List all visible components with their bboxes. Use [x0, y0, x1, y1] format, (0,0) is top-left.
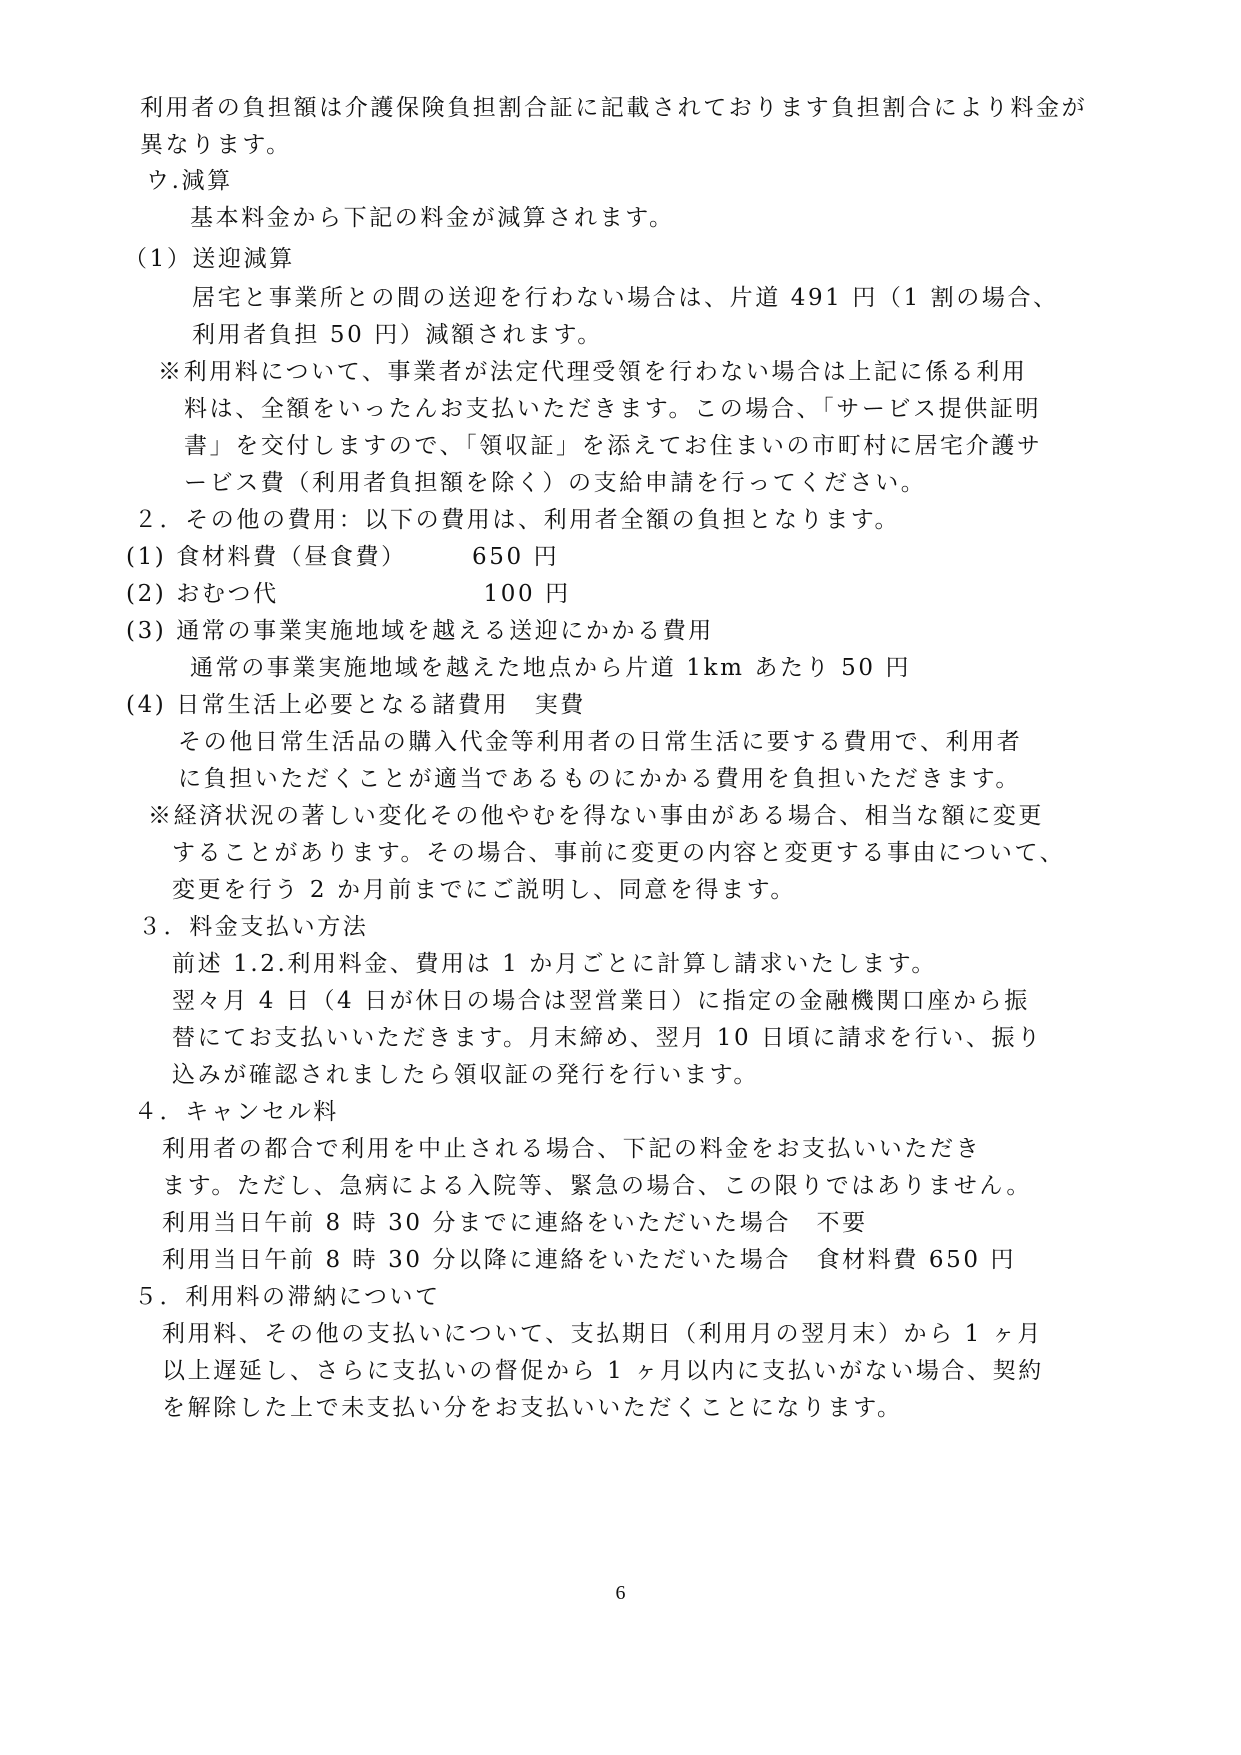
text-line: 利用当日午前 8 時 30 分までに連絡をいただいた場合 不要 [162, 1208, 868, 1238]
text-line: 居宅と事業所との間の送迎を行わない場合は、片道 491 円（1 割の場合、 [192, 283, 1059, 313]
text-line: 以上遅延し、さらに支払いの督促から 1 ヶ月以内に支払いがない場合、契約 [162, 1356, 1044, 1386]
text-line: ービス費（利用者負担額を除く）の支給申請を行ってください。 [184, 468, 926, 498]
text-line: ます。ただし、急病による入院等、緊急の場合、この限りではありません。 [162, 1171, 1032, 1201]
text-line: 利用者の負担額は介護保険負担割合証に記載されております負担割合により料金が [140, 93, 1087, 123]
text-line: (4) 日常生活上必要となる諸費用 実費 [126, 690, 586, 720]
text-line: (2) おむつ代 100 円 [126, 579, 571, 609]
text-line: (1) 食材料費（昼食費） 650 円 [126, 542, 559, 572]
text-line: ２．その他の費用：以下の費用は、利用者全額の負担となります。 [134, 505, 900, 535]
text-line: を解除した上で未支払い分をお支払いいただくことになります。 [162, 1393, 903, 1423]
text-line: 通常の事業実施地域を越えた地点から片道 1km あたり 50 円 [190, 653, 911, 683]
text-line: 翌々月 4 日（4 日が休日の場合は翌営業日）に指定の金融機関口座から振 [172, 986, 1030, 1016]
text-line: ウ.減算 [146, 166, 233, 196]
text-line: （1）送迎減算 [124, 244, 295, 274]
text-line: に負担いただくことが適当であるものにかかる費用を負担いただきます。 [178, 764, 1021, 794]
text-line: ※利用料について、事業者が法定代理受領を行わない場合は上記に係る利用 [158, 357, 1027, 387]
text-line: 利用者の都合で利用を中止される場合、下記の料金をお支払いいただき [162, 1134, 981, 1164]
text-line: 利用当日午前 8 時 30 分以降に連絡をいただいた場合 食材料費 650 円 [162, 1245, 1016, 1275]
text-line: 利用者負担 50 円）減額されます。 [192, 320, 603, 350]
text-line: 料は、全額をいったんお支払いただきます。この場合、「サービス提供証明 [184, 394, 1041, 424]
text-line: ５．利用料の滞納について [134, 1282, 441, 1312]
text-line: 利用料、その他の支払いについて、支払期日（利用月の翌月末）から 1 ヶ月 [162, 1319, 1043, 1349]
text-line: 込みが確認されましたら領収証の発行を行います。 [172, 1060, 759, 1090]
text-line: その他日常生活品の購入代金等利用者の日常生活に要する費用で、利用者 [178, 727, 1022, 757]
text-line: 前述 1.2.利用料金、費用は 1 か月ごとに計算し請求いたします。 [172, 949, 937, 979]
text-line: ３．料金支払い方法 [138, 912, 368, 942]
text-line: ４．キャンセル料 [134, 1097, 339, 1127]
text-line: 基本料金から下記の料金が減算されます。 [190, 203, 675, 233]
text-line: することがあります。その場合、事前に変更の内容と変更する事由について、 [172, 838, 1065, 868]
text-line: 替にてお支払いいただきます。月末締め、翌月 10 日頃に請求を行い、振り [172, 1023, 1043, 1053]
text-line: ※経済状況の著しい変化その他やむを得ない事由がある場合、相当な額に変更 [148, 801, 1044, 831]
text-line: 書」を交付しますので、「領収証」を添えてお住まいの市町村に居宅介護サ [184, 431, 1042, 461]
text-line: (3) 通常の事業実施地域を越える送迎にかかる費用 [126, 616, 714, 646]
text-line: 異なります。 [140, 130, 292, 160]
text-line: 変更を行う 2 か月前までにご説明し、同意を得ます。 [172, 875, 796, 905]
page-number: 6 [0, 1582, 1241, 1605]
